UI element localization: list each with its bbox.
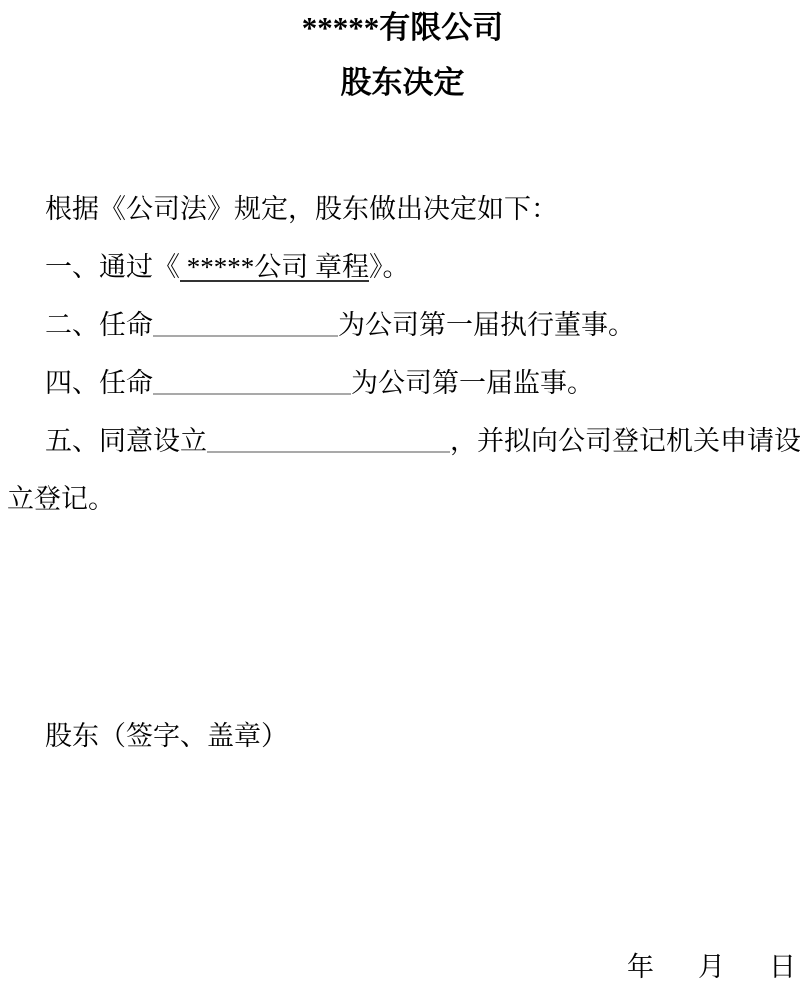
intro-text: 根据《公司法》规定，股东做出决定如下： (45, 194, 558, 224)
company-title: *****有限公司 (7, 0, 798, 55)
document-title: 股东决定 (7, 55, 798, 110)
item-1-suffix: 》。 (369, 252, 410, 282)
date-month-label: 月 (698, 938, 725, 992)
item-2-director: 二、任命为公司第一届执行董事。 (7, 296, 798, 354)
item-4-supervisor: 四、任命为公司第一届监事。 (7, 354, 798, 412)
item-5-establish-line-2: 立登记。 (7, 470, 798, 528)
item-1-prefix: 一、通过《 (45, 252, 180, 282)
document-page: *****有限公司 股东决定 根据《公司法》规定，股东做出决定如下： 一、通过《… (0, 0, 800, 992)
director-name-blank[interactable] (153, 333, 338, 337)
item-5-establish-line-1: 五、同意设立，并拟向公司登记机关申请设 (7, 412, 798, 470)
item-2-suffix: 为公司第一届执行董事。 (338, 310, 635, 340)
date-year-label: 年 (627, 952, 654, 982)
company-name-blank[interactable] (207, 449, 450, 453)
charter-name-underlined: *****公司 章程 (180, 252, 369, 282)
item-5-prefix: 五、同意设立 (45, 426, 207, 456)
document-body: 根据《公司法》规定，股东做出决定如下： 一、通过《 *****公司 章程》。 二… (7, 180, 798, 528)
item-1-charter: 一、通过《 *****公司 章程》。 (7, 238, 798, 296)
intro-paragraph: 根据《公司法》规定，股东做出决定如下： (7, 180, 798, 238)
signature-label: 股东（签字、盖章） (7, 707, 798, 765)
item-2-prefix: 二、任命 (45, 310, 153, 340)
item-4-prefix: 四、任命 (45, 368, 153, 398)
date-day-label: 日 (769, 938, 796, 992)
supervisor-name-blank[interactable] (153, 391, 351, 395)
item-5-suffix: ，并拟向公司登记机关申请设 (450, 426, 800, 456)
date-line: 年月日 (7, 938, 798, 992)
item-4-suffix: 为公司第一届监事。 (351, 368, 594, 398)
